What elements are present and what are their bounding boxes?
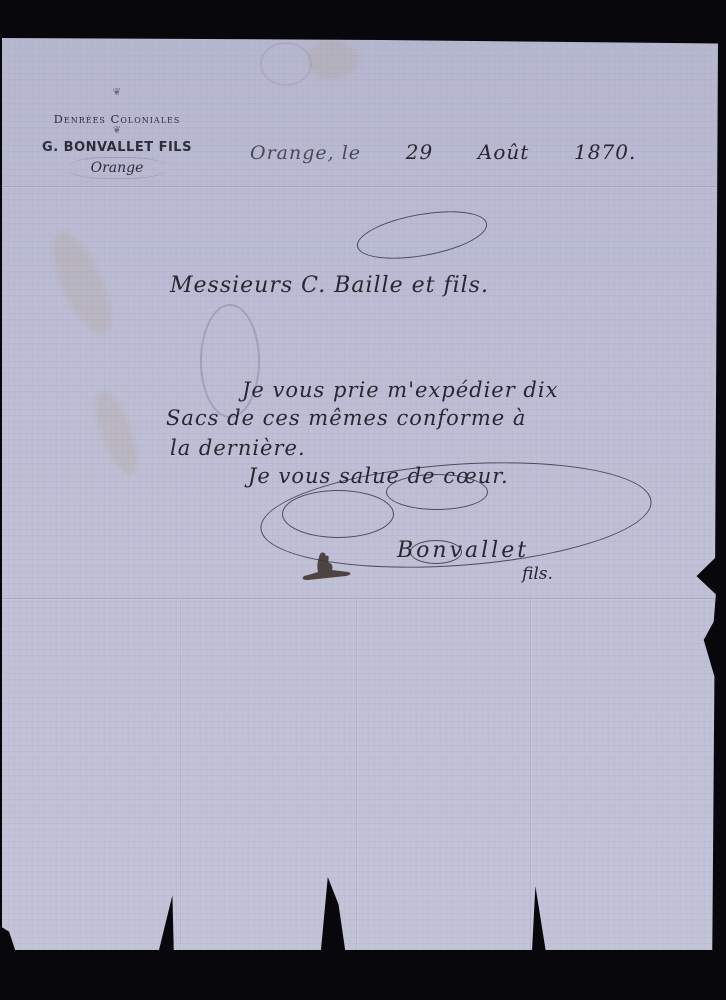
- ornament-icon: ❦: [22, 126, 212, 138]
- body-line-3: la dernière.: [170, 436, 306, 460]
- date-line: Orange, le 29 Août 1870.: [250, 140, 636, 164]
- ink-blot-icon: [298, 550, 358, 584]
- date-place: Orange, le: [250, 142, 361, 164]
- scan-frame: ❦ Denrées Coloniales ❦ G. BONVALLET FILS…: [0, 0, 726, 1000]
- date-year: 1870.: [574, 140, 636, 164]
- letterhead-company: G. BONVALLET FILS: [22, 140, 212, 155]
- letterhead: ❦ Denrées Coloniales ❦ G. BONVALLET FILS…: [22, 88, 212, 179]
- water-stain: [41, 225, 124, 342]
- water-stain: [88, 386, 147, 481]
- wax-seal-stain: [308, 40, 358, 80]
- letterhead-trade: Denrées Coloniales: [22, 112, 212, 126]
- signature-flourish: [386, 474, 488, 510]
- salutation: Messieurs C. Baille et fils.: [170, 273, 489, 298]
- date-day: 29: [406, 140, 433, 164]
- signature-name: Bonvallet: [397, 538, 529, 563]
- body-line-1: Je vous prie m'expédier dix: [242, 378, 558, 402]
- fold-line-center: [356, 598, 358, 950]
- fold-line-right: [530, 598, 532, 950]
- date-month: Août: [478, 140, 529, 164]
- body-line-2: Sacs de ces mêmes conforme à: [166, 406, 526, 430]
- letter-paper: ❦ Denrées Coloniales ❦ G. BONVALLET FILS…: [2, 38, 718, 950]
- ornament-icon: ❦: [22, 88, 212, 100]
- fold-line-middle: [2, 598, 718, 600]
- flourish: [353, 203, 490, 267]
- signature-flourish: [282, 490, 394, 538]
- fold-line-top: [2, 186, 718, 188]
- letterhead-city: Orange: [69, 157, 166, 179]
- postmark-top: [260, 42, 312, 86]
- signature-suffix: fils.: [522, 564, 553, 584]
- fold-line-left: [180, 598, 182, 950]
